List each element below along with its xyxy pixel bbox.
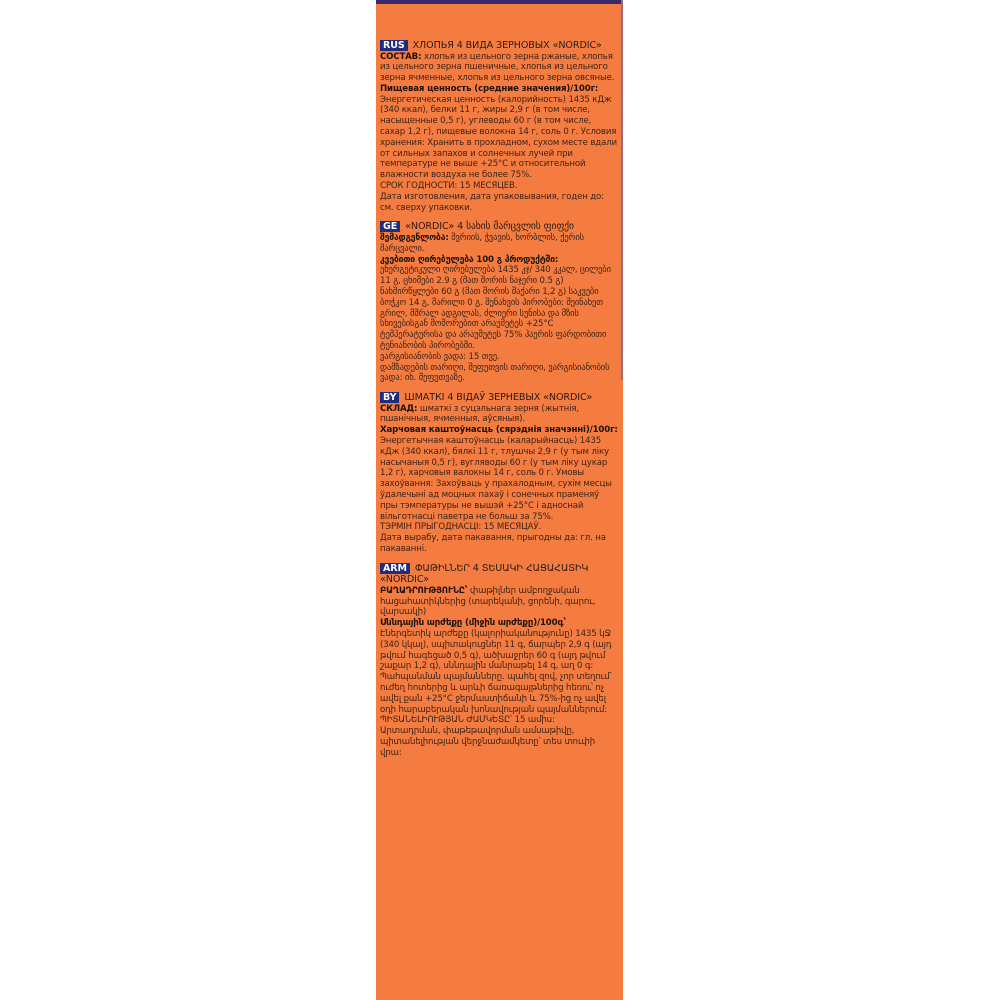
section-rus: RUSХЛОПЬЯ 4 ВИДА ЗЕРНОВЫХ «NORDIC» СОСТА… — [380, 40, 618, 213]
product-title: ХЛОПЬЯ 4 ВИДА ЗЕРНОВЫХ «NORDIC» — [413, 40, 602, 51]
nutrition-text: ენერგეტიკული ღირებულება 1435 კჯ/ 340 კკა… — [380, 265, 611, 351]
nutrition: Харчовая каштоўнасць (сярэднія значэнні)… — [380, 425, 618, 522]
composition: ԲԱՂԱԴՐՈՒԹՅՈՒՆԸ՝ փաթիլներ ամբողջական հացա… — [380, 586, 618, 618]
composition: შემადგენლობა: შვრიის, ჭვავის, ხორბლის, ქ… — [380, 233, 618, 255]
nutrition-label: კვებითი ღირებულება 100 გ პროდუქტში: — [380, 255, 558, 265]
composition-label: ԲԱՂԱԴՐՈՒԹՅՈՒՆԸ՝ — [380, 586, 467, 596]
product-title: ШМАТКІ 4 ВІДАЎ ЗЕРНЕВЫХ «NORDIC» — [404, 392, 592, 403]
shelf-life: ვარგისიანობის ვადა: 15 თვე. — [380, 352, 618, 363]
composition: СКЛАД: шматкі з суцэльнага зерня (жытнія… — [380, 404, 618, 426]
language-badge-ge: GE — [380, 221, 400, 232]
product-label-panel: RUSХЛОПЬЯ 4 ВИДА ЗЕРНОВЫХ «NORDIC» СОСТА… — [376, 0, 623, 1000]
right-border — [621, 0, 623, 380]
nutrition-text: Энергетычная каштоўнасць (каларыйнасць) … — [380, 436, 612, 522]
shelf-life: ՊԻՏԱՆԵԼԻՈՒԹՅԱՆ ԺԱՄԿԵՏԸ՝ 15 ամիս: — [380, 715, 618, 726]
nutrition-label: Пищевая ценность (средние значения)/100г… — [380, 84, 598, 94]
section-title: GE«NORDIC» 4 სახის მარცვლის ფიფქი — [380, 221, 618, 233]
dates-note: Дата изготовления, дата упаковывания, го… — [380, 192, 618, 214]
composition-label: СКЛАД: — [380, 404, 417, 414]
nutrition: Սննդային արժեքը (միջին արժեքը)/100գ՝ Էնե… — [380, 618, 618, 715]
product-title: «NORDIC» 4 სახის მარცვლის ფიფქი — [405, 221, 574, 232]
dates-note: დამზადების თარიღი, შეფუთვის თარიღი, ვარგ… — [380, 363, 618, 385]
nutrition-text: Էներգետիկ արժեքը (կալորիականությունը) 14… — [380, 629, 611, 715]
section-arm: ARMՓԱԹԻԼՆԵՐ 4 ՏԵՍԱԿԻ ՀԱՑԱՀԱՏԻԿ «NORDIC» … — [380, 563, 618, 759]
top-border — [376, 0, 623, 4]
shelf-life: ТЭРМІН ПРЫГОДНАСЦІ: 15 МЕСЯЦАЎ. — [380, 522, 618, 533]
shelf-life: СРОК ГОДНОСТИ: 15 МЕСЯЦЕВ. — [380, 181, 618, 192]
language-badge-arm: ARM — [380, 563, 410, 574]
nutrition-label: Սննդային արժեքը (միջին արժեքը)/100գ՝ — [380, 618, 566, 628]
nutrition-label: Харчовая каштоўнасць (сярэднія значэнні)… — [380, 425, 618, 435]
composition: СОСТАВ: хлопья из цельного зерна ржаные,… — [380, 52, 618, 84]
nutrition-text: Энергетическая ценность (калорийность) 1… — [380, 95, 617, 181]
section-title: BYШМАТКІ 4 ВІДАЎ ЗЕРНЕВЫХ «NORDIC» — [380, 392, 618, 404]
composition-label: СОСТАВ: — [380, 52, 421, 62]
section-title: RUSХЛОПЬЯ 4 ВИДА ЗЕРНОВЫХ «NORDIC» — [380, 40, 618, 52]
section-title: ARMՓԱԹԻԼՆԵՐ 4 ՏԵՍԱԿԻ ՀԱՑԱՀԱՏԻԿ «NORDIC» — [380, 563, 618, 586]
label-content: RUSХЛОПЬЯ 4 ВИДА ЗЕРНОВЫХ «NORDIC» СОСТА… — [380, 40, 618, 767]
language-badge-by: BY — [380, 392, 399, 403]
section-by: BYШМАТКІ 4 ВІДАЎ ЗЕРНЕВЫХ «NORDIC» СКЛАД… — [380, 392, 618, 555]
dates-note: Дата вырабу, дата пакавання, прыгодны да… — [380, 533, 618, 555]
composition-label: შემადგენლობა: — [380, 233, 449, 243]
dates-note: Արտադրման, փաթեթավորման ամսաթիվը, պիտանե… — [380, 726, 618, 758]
product-title: ՓԱԹԻԼՆԵՐ 4 ՏԵՍԱԿԻ ՀԱՑԱՀԱՏԻԿ «NORDIC» — [380, 563, 588, 586]
language-badge-rus: RUS — [380, 40, 408, 51]
nutrition: Пищевая ценность (средние значения)/100г… — [380, 84, 618, 181]
section-ge: GE«NORDIC» 4 სახის მარცვლის ფიფქი შემადგ… — [380, 221, 618, 384]
nutrition: კვებითი ღირებულება 100 გ პროდუქტში: ენერ… — [380, 255, 618, 352]
